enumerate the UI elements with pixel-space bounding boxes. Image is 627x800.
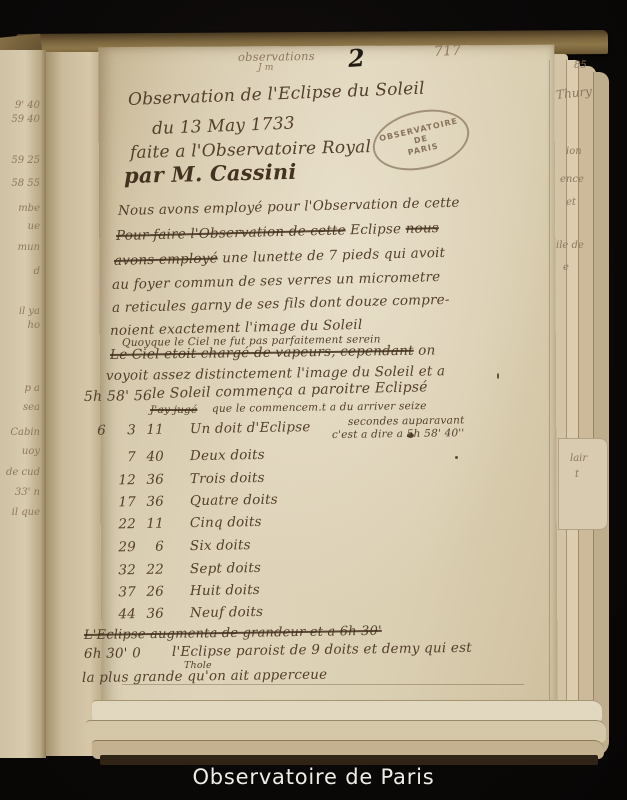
- left-page-fragment: sea: [0, 402, 40, 413]
- table-row: 740Deux doits: [84, 447, 265, 466]
- left-page-fragment: mbe: [0, 203, 40, 214]
- minutes-cell: 17: [106, 494, 136, 511]
- hours-cell: [84, 563, 106, 579]
- left-page-fragment: ue: [0, 221, 40, 232]
- kept-text: on: [414, 342, 436, 358]
- ink-blot: [455, 456, 458, 459]
- phase-label: Sept doits: [190, 560, 261, 577]
- seconds-cell: 26: [136, 584, 164, 600]
- minutes-cell: 44: [106, 606, 136, 623]
- table-row: 296Six doits: [84, 537, 251, 556]
- minutes-cell: 3: [106, 422, 136, 439]
- table-row: 1736Quatre doits: [84, 492, 278, 511]
- margin-rule: [549, 60, 550, 700]
- left-page-fragment: mun: [0, 242, 40, 253]
- minutes-cell: 7: [106, 449, 136, 466]
- observation-time: 6h 30' 0: [84, 645, 141, 662]
- right-page-fragment: lair: [570, 453, 587, 464]
- right-page-fragment: ile de: [556, 240, 584, 251]
- table-row: 2211Cinq doits: [84, 514, 262, 533]
- phase-label: Trois doits: [190, 470, 265, 487]
- minutes-cell: 12: [106, 472, 136, 489]
- seconds-cell: 36: [136, 606, 164, 622]
- phase-label: Quatre doits: [190, 492, 278, 510]
- phase-label: Deux doits: [190, 447, 265, 464]
- minutes-cell: 22: [106, 516, 136, 533]
- left-page-fragment: 58 55: [0, 178, 40, 189]
- seconds-cell: 22: [136, 562, 164, 578]
- table-row: 3726Huit doits: [84, 582, 260, 601]
- hours-cell: [84, 585, 106, 601]
- right-page-fragment: ence: [560, 174, 584, 185]
- phase-label: Cinq doits: [190, 514, 262, 531]
- left-page-fragment: 33' n: [0, 487, 40, 498]
- left-page-fragment: ho: [0, 320, 40, 331]
- left-page-fragment: Cabin: [0, 427, 40, 438]
- seconds-cell: 11: [136, 516, 164, 532]
- book-bottom-board: [100, 755, 598, 765]
- hours-cell: [84, 607, 106, 623]
- hours-cell: [84, 517, 106, 533]
- hours-cell: 6: [84, 423, 106, 439]
- ink-blot: [497, 373, 499, 379]
- left-page-fragment: de cud: [0, 467, 40, 478]
- right-page-fragment: et: [566, 197, 576, 208]
- running-title: observations: [238, 49, 315, 64]
- hours-cell: [84, 495, 106, 511]
- phase-label: Six doits: [190, 537, 251, 554]
- running-subtitle: J m: [258, 63, 274, 73]
- right-page-fragment: e: [563, 262, 569, 273]
- observation-time: 5h 58' 56: [84, 388, 152, 405]
- phase-label: Huit doits: [190, 582, 260, 599]
- left-page-fragment: 9' 40: [0, 100, 40, 111]
- left-page-fragment: il ya: [0, 306, 40, 317]
- left-page-fragment: d: [0, 266, 40, 277]
- note-struck: J'ay jugé: [150, 404, 197, 416]
- caption-text: Observatoire de Paris: [192, 765, 434, 789]
- phase-label: Neuf doits: [190, 604, 264, 621]
- protruding-page-tab: [558, 438, 608, 530]
- note-line: secondes auparavant: [348, 414, 465, 428]
- table-row: 1236Trois doits: [84, 470, 265, 489]
- seconds-cell: 40: [136, 449, 164, 465]
- struck-text: nous: [405, 220, 439, 237]
- page-number: 717: [434, 43, 462, 60]
- table-row: 4436Neuf doits: [84, 604, 263, 623]
- seconds-cell: 36: [136, 472, 164, 488]
- left-page-fragment: 59 25: [0, 155, 40, 166]
- page-crease: [122, 684, 524, 685]
- ink-number: 2: [347, 43, 366, 73]
- seconds-cell: 11: [136, 422, 164, 438]
- left-page-fragment: il que: [0, 507, 40, 518]
- hours-cell: [84, 473, 106, 489]
- kept-text: Eclipse: [346, 221, 406, 238]
- author-line: par M. Cassini: [124, 159, 297, 188]
- ink-blot: [407, 433, 414, 438]
- previous-page-sliver: 9' 40 59 40 59 25 58 55 mbe ue mun d il …: [0, 50, 46, 758]
- note-line: c'est a dire a 5h 58' 40'': [332, 427, 465, 441]
- minutes-cell: 37: [106, 584, 136, 601]
- struck-text: avons employé: [114, 250, 218, 269]
- right-page-fragment: t: [575, 469, 579, 480]
- hours-cell: [84, 540, 106, 556]
- minutes-cell: 29: [106, 539, 136, 556]
- phase-label: Un doit d'Eclipse: [190, 419, 311, 437]
- right-page-fragment: 85: [574, 60, 587, 71]
- left-page-fragment: 59 40: [0, 114, 40, 125]
- left-page-fragment: uoy: [0, 446, 40, 457]
- hours-cell: [84, 450, 106, 466]
- table-row: 3222Sept doits: [84, 560, 261, 579]
- stamp-text: PARIS: [407, 141, 440, 158]
- right-page-fragment: ion: [566, 146, 582, 157]
- page-edge-strip: [593, 72, 609, 756]
- caption-bar: Observatoire de Paris: [0, 765, 627, 789]
- seconds-cell: 36: [136, 494, 164, 510]
- left-page-fragment: p a: [0, 383, 40, 394]
- minutes-cell: 32: [106, 562, 136, 579]
- photo-backdrop: 9' 40 59 40 59 25 58 55 mbe ue mun d il …: [0, 0, 627, 800]
- seconds-cell: 6: [136, 539, 164, 555]
